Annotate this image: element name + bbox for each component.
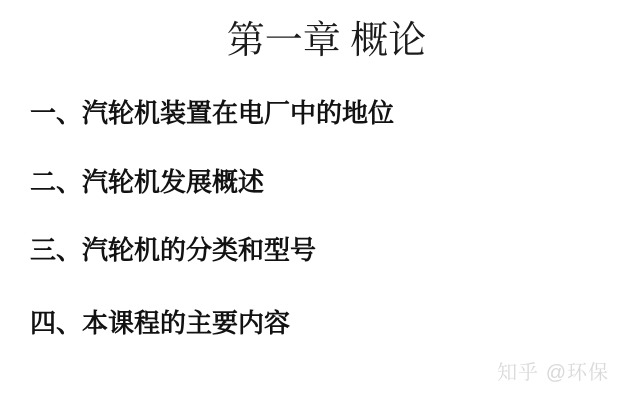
watermark: 知乎 @环保 xyxy=(497,362,609,384)
watermark-text: 知乎 @环保 xyxy=(497,362,609,384)
outline-item-1: 一、汽轮机装置在电厂中的地位 xyxy=(30,98,394,130)
outline-item-4: 四、本课程的主要内容 xyxy=(30,308,290,340)
slide: 第一章 概论 一、汽轮机装置在电厂中的地位 二、汽轮机发展概述 三、汽轮机的分类… xyxy=(0,0,617,396)
outline-list: 一、汽轮机装置在电厂中的地位 二、汽轮机发展概述 三、汽轮机的分类和型号 四、本… xyxy=(0,0,617,396)
outline-item-2: 二、汽轮机发展概述 xyxy=(30,167,264,199)
outline-item-3: 三、汽轮机的分类和型号 xyxy=(30,235,316,267)
